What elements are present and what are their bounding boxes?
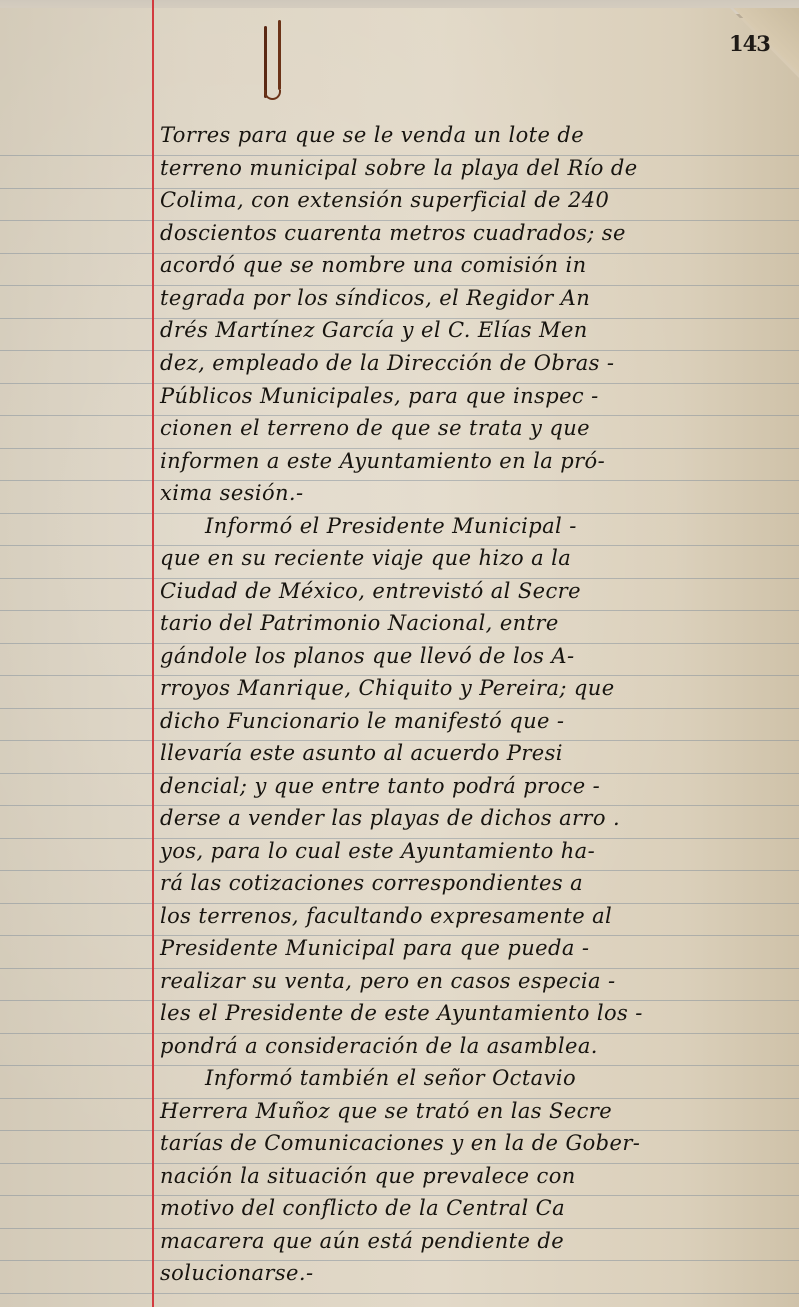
- text-line: dencial; y que entre tanto podrá proce -: [160, 774, 790, 798]
- text-line: xima sesión.-: [160, 481, 790, 505]
- text-line: dez, empleado de la Dirección de Obras -: [160, 351, 790, 375]
- page-number: 143: [729, 31, 770, 56]
- text-line: realizar su venta, pero en casos especia…: [160, 969, 790, 993]
- text-line: tario del Patrimonio Nacional, entre: [160, 611, 790, 635]
- paragraph-start-line: Informó el Presidente Municipal -: [205, 514, 799, 538]
- text-line: llevaría este asunto al acuerdo Presi: [160, 741, 790, 765]
- text-line: solucionarse.-: [160, 1261, 790, 1285]
- red-margin-line: [152, 0, 154, 1307]
- text-line: pondrá a consideración de la asamblea.: [160, 1034, 790, 1058]
- paper-clip-stain-icon: [262, 20, 284, 100]
- text-line: terreno municipal sobre la playa del Río…: [160, 156, 790, 180]
- text-line: yos, para lo cual este Ayuntamiento ha-: [160, 839, 790, 863]
- text-line: Ciudad de México, entrevistó al Secre: [160, 579, 790, 603]
- text-line: derse a vender las playas de dichos arro…: [160, 806, 790, 830]
- text-line: acordó que se nombre una comisión in: [160, 253, 790, 277]
- text-line: tarías de Comunicaciones y en la de Gobe…: [160, 1131, 790, 1155]
- text-line: cionen el terreno de que se trata y que: [160, 416, 790, 440]
- text-line: motivo del conflicto de la Central Ca: [160, 1196, 790, 1220]
- text-line: Presidente Municipal para que pueda -: [160, 936, 790, 960]
- text-line: rroyos Manrique, Chiquito y Pereira; que: [160, 676, 790, 700]
- text-line: rá las cotizaciones correspondientes a: [160, 871, 790, 895]
- text-line: gándole los planos que llevó de los A-: [160, 644, 790, 668]
- text-line: drés Martínez García y el C. Elías Men: [160, 318, 790, 342]
- text-line: Públicos Municipales, para que inspec -: [160, 384, 790, 408]
- ruled-line: [0, 1293, 799, 1294]
- text-line: dicho Funcionario le manifestó que -: [160, 709, 790, 733]
- text-line: macarera que aún está pendiente de: [160, 1229, 790, 1253]
- text-line: Colima, con extensión superficial de 240: [160, 188, 790, 212]
- text-line: los terrenos, facultando expresamente al: [160, 904, 790, 928]
- text-line: Herrera Muñoz que se trató en las Secre: [160, 1099, 790, 1123]
- text-line: doscientos cuarenta metros cuadrados; se: [160, 221, 790, 245]
- text-line: tegrada por los síndicos, el Regidor An: [160, 286, 790, 310]
- paragraph-start-line: Informó también el señor Octavio: [205, 1066, 799, 1090]
- text-line: que en su reciente viaje que hizo a la: [160, 546, 790, 570]
- text-line: Torres para que se le venda un lote de: [160, 123, 790, 147]
- text-line: nación la situación que prevalece con: [160, 1164, 790, 1188]
- text-line: les el Presidente de este Ayuntamiento l…: [160, 1001, 790, 1025]
- text-line: informen a este Ayuntamiento en la pró-: [160, 449, 790, 473]
